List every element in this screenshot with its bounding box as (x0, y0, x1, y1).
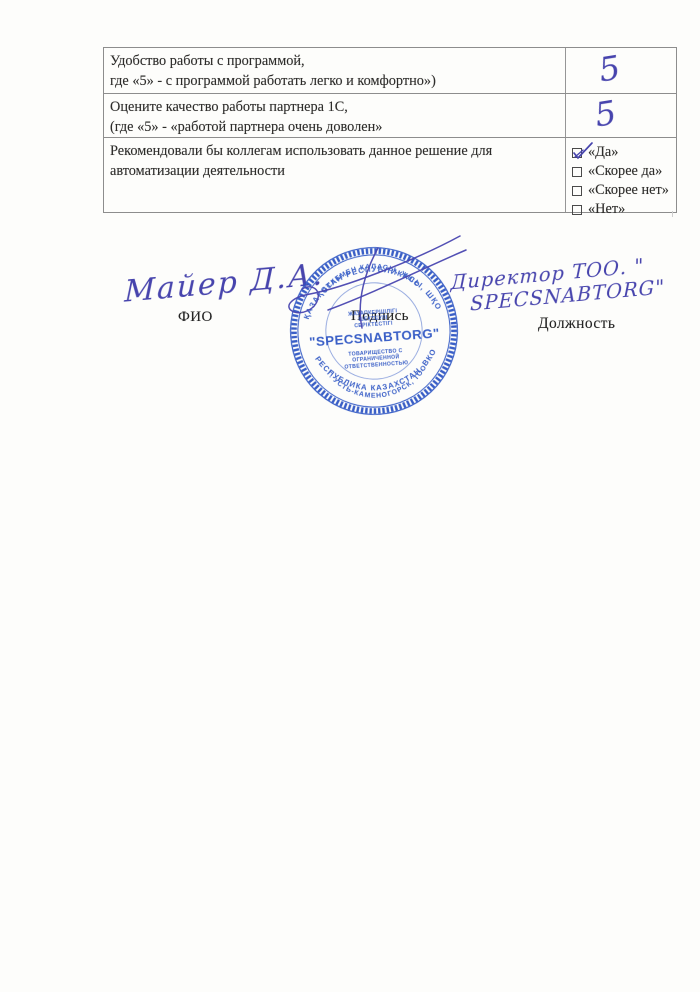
question-cell: Удобство работы с программой, где «5» - … (104, 48, 566, 93)
survey-table: Удобство работы с программой, где «5» - … (103, 47, 677, 213)
question-line: Удобство работы с программой, (110, 52, 555, 72)
checkbox-option: «Да» (572, 143, 676, 162)
handwritten-score: 5 (592, 93, 619, 135)
question-cell: Рекомендовали бы коллегам использовать д… (104, 138, 566, 212)
question-line: (где «5» - «работой партнера очень довол… (110, 118, 555, 138)
checkbox-empty-icon (572, 186, 582, 196)
table-row: Рекомендовали бы коллегам использовать д… (104, 137, 676, 212)
handwritten-score: 5 (596, 48, 623, 90)
answer-cell: «Да» «Скорее да» «Скорее нет» «Нет» (566, 138, 676, 212)
question-line: автоматизации деятельности (110, 162, 555, 182)
scanned-feedback-form: { "table": { "rows": [ { "question_lines… (0, 0, 700, 992)
table-row: Удобство работы с программой, где «5» - … (104, 48, 676, 93)
question-line: Рекомендовали бы коллегам использовать д… (110, 142, 555, 162)
fio-label: ФИО (178, 309, 213, 326)
checkbox-option-list: «Да» «Скорее да» «Скорее нет» «Нет» (566, 143, 676, 219)
pen-signature (280, 222, 480, 337)
checkbox-label: «Скорее да» (588, 163, 662, 180)
checkbox-option: «Нет» (572, 200, 676, 219)
pen-checkmark-icon (571, 140, 595, 160)
checkbox-option: «Скорее да» (572, 162, 676, 181)
checkbox-checked-icon (572, 148, 582, 158)
position-label: Должность (538, 315, 615, 333)
checkbox-option: «Скорее нет» (572, 181, 676, 200)
checkbox-empty-icon (572, 205, 582, 215)
checkbox-empty-icon (572, 167, 582, 177)
handwritten-position: Директор ТОО. " SPECSNABTORG" (450, 252, 666, 317)
question-cell: Оцените качество работы партнера 1С, (гд… (104, 94, 566, 137)
answer-cell: 5 (566, 48, 676, 93)
table-row: Оцените качество работы партнера 1С, (гд… (104, 93, 676, 137)
scan-artifact (672, 211, 673, 217)
question-line: Оцените качество работы партнера 1С, (110, 98, 555, 118)
question-line: где «5» - с программой работать легко и … (110, 72, 555, 92)
answer-cell: 5 (566, 94, 676, 137)
checkbox-label: «Скорее нет» (588, 182, 669, 199)
checkbox-label: «Нет» (588, 201, 625, 218)
